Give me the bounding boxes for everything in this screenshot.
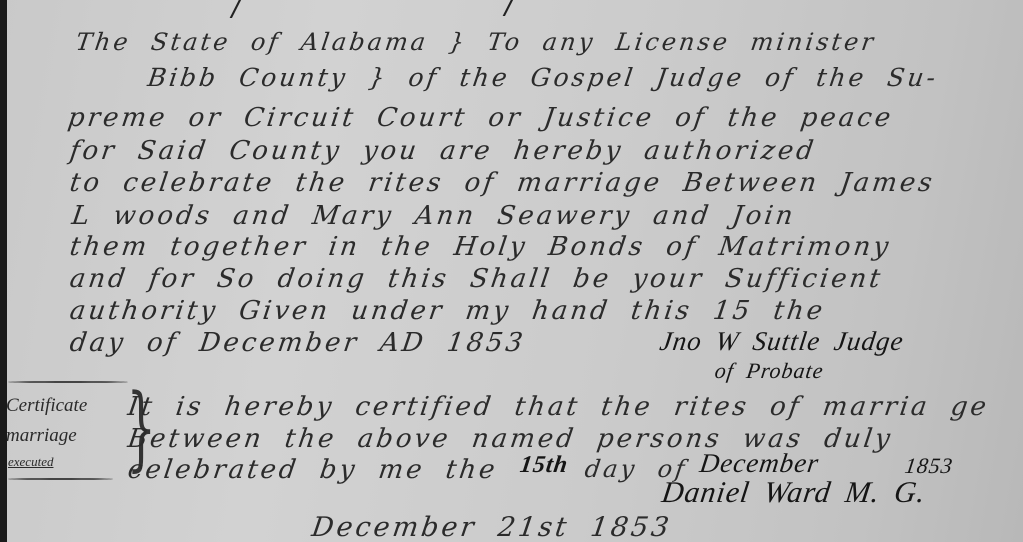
license-line-1: The State of Alabama } To any License mi… [74,28,878,56]
license-line-3: preme or Circuit Court or Justice of the… [66,103,895,133]
license-line-2: Bibb County } of the Gospel Judge of the… [146,63,940,92]
judge-signature: Jno W Suttle Judge [658,326,906,357]
scanned-document-page: / / The State of Alabama } To any Licens… [0,0,1023,542]
margin-note-line-2: marriage [6,425,77,447]
scan-edge-strip [0,0,7,542]
judge-title: of Probate [713,358,825,384]
license-line-10: day of December AD 1853 [68,328,527,358]
license-line-5: to celebrate the rites of marriage Betwe… [68,168,937,198]
certificate-line-3: celebrated by me the [126,455,500,485]
ink-stroke: / [505,0,515,21]
license-line-9: authority Given under my hand this 15 th… [68,296,827,326]
margin-squiggle-bottom [8,478,113,480]
minister-signature: Daniel Ward M. G. [660,476,928,510]
margin-note-line-3: executed [8,454,53,470]
certificate-day: 15th [518,452,570,479]
certificate-month: December [698,448,821,479]
license-line-8: and for So doing this Shall be your Suff… [68,264,885,294]
margin-note-line-1: Certificate [6,395,87,417]
margin-squiggle-top [8,381,128,383]
license-line-7: them together in the Holy Bonds of Matri… [68,232,893,262]
certificate-line-1: It is hereby certified that the rites of… [126,392,991,422]
license-line-4: for Said County you are hereby authorize… [68,136,818,166]
license-line-6: L woods and Mary Ann Seawery and Join [70,201,798,231]
recorded-date: December 21st 1853 [310,512,674,542]
ink-stroke: / [232,0,242,23]
